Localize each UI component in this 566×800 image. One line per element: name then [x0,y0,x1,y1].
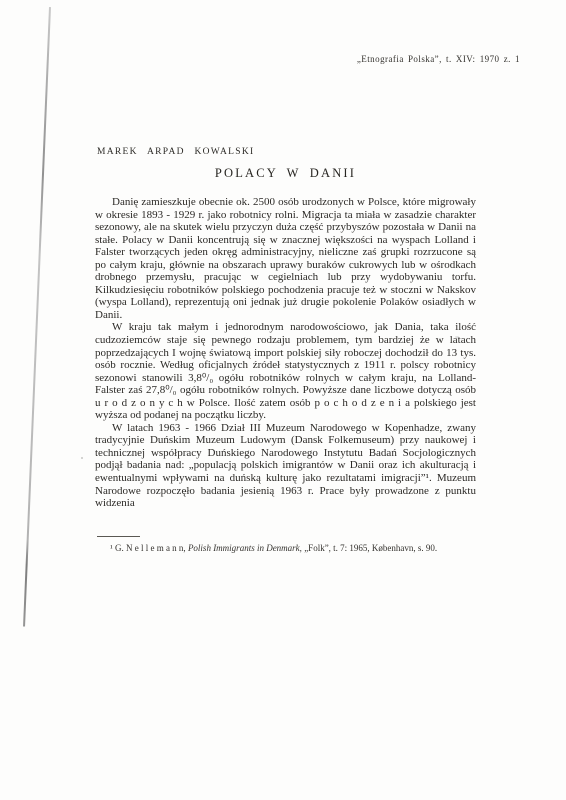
page-edge-scan-line [23,7,51,627]
footnote: ¹ G. N e l l e m a n n, Polish Immigrant… [95,542,476,555]
author-name: MAREK ARPAD KOWALSKI [97,147,254,157]
footnote-work-title: Polish Immigrants in Denmark, [188,543,302,553]
journal-header: „Etnografia Polska”, t. XIV: 1970 z. 1 [357,54,520,64]
paragraph-3: W latach 1963 - 1966 Dział III Muzeum Na… [95,422,476,510]
scan-speck [81,457,83,459]
paragraph-1: Danię zamieszkuje obecnie ok. 2500 osób … [95,196,476,321]
footnote-citation-suffix: „Folk”, t. 7: 1965, København, s. 90. [302,543,437,553]
article-title: POLACY W DANII [95,166,476,181]
scanned-page: „Etnografia Polska”, t. XIV: 1970 z. 1 M… [0,0,566,800]
article-body: Danię zamieszkuje obecnie ok. 2500 osób … [95,196,476,510]
paragraph-2: W kraju tak małym i jednorodnym narodowo… [95,321,476,421]
footnote-citation-prefix: ¹ G. N e l l e m a n n, [110,543,188,553]
footnote-rule [97,536,140,537]
